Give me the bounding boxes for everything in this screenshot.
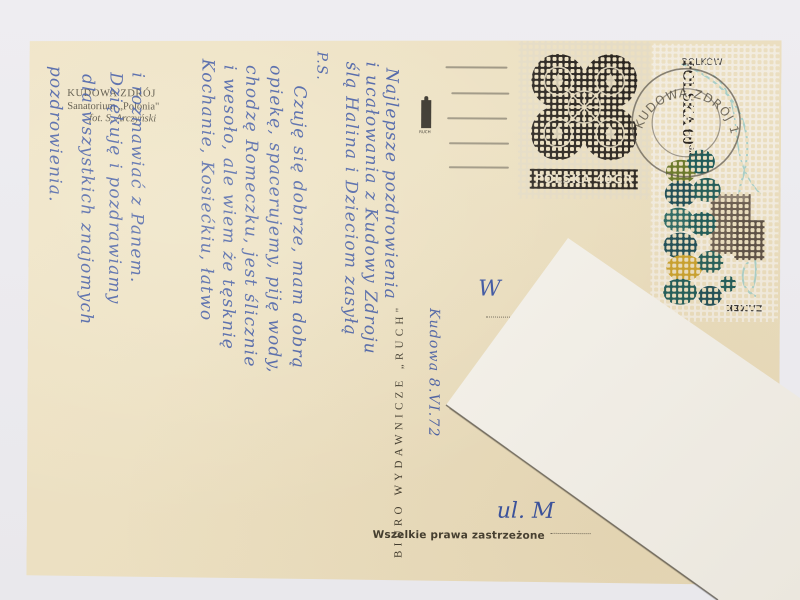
rights-notice: Wszelkie prawa zastrzeżone: [373, 529, 545, 542]
handwriting-line: Dziękuję i pozdrawiamy: [104, 72, 125, 305]
handwriting-line: ślą Halina i Dzieciom zasyłą: [340, 62, 362, 336]
handwritten-message: Najlepsze pozdrowienia i ucałowania z Ku…: [30, 36, 782, 41]
handwriting-line: Najlepsze pozdrowienia: [380, 68, 401, 300]
handwriting-line: Kochanie, Kosiećkiu, łatwo: [196, 59, 218, 322]
postmark-icon: KUDOWA ZDRÓJ 1: [627, 63, 746, 182]
address-line-3: [551, 533, 591, 534]
handwriting-line: Czuję się dobrze, mam dobrą: [288, 85, 310, 369]
handwriting-line: chodzę Romeczku, jest ślicznie: [240, 65, 262, 368]
handwriting-line: dla wszystkich znajomych: [76, 74, 98, 326]
stamp-60gr-caption: ZAMEK: [726, 302, 762, 312]
handwriting-line: pozdrowienia.: [45, 66, 66, 203]
handwriting-line: i rozmawiać z Panem.: [126, 72, 147, 283]
postcard: KUDOWA ZDRÓJ Sanatorium „Polonia" fot. S…: [26, 36, 781, 586]
handwriting-line: opiekę, spacerujemy, piję wody,: [264, 65, 286, 374]
stamp-40gr-label: POLSKA 40GR: [530, 169, 638, 190]
publisher-text: BIURO WYDAWNICZE „RUCH": [392, 303, 406, 558]
handwriting-date: Kudowa 8.VI.72: [425, 308, 442, 438]
handwriting-line: i wesoło, ale wiem że tęsknię: [218, 65, 240, 350]
address-line-1: [486, 317, 536, 318]
address-fragment-1: W: [478, 276, 501, 301]
photo-scene: KUDOWA ZDRÓJ Sanatorium „Polonia" fot. S…: [0, 0, 800, 600]
cancellation-lines: [30, 36, 782, 41]
handwriting-line: i ucałowania z Kudowy Zdroju: [360, 62, 382, 355]
address-fragment-2: ul. M: [497, 499, 555, 524]
svg-text:KUDOWA ZDRÓJ 1: KUDOWA ZDRÓJ 1: [632, 86, 743, 137]
ruch-logo-icon: RUCH: [419, 94, 433, 134]
handwriting-line: P.S.: [313, 51, 329, 80]
